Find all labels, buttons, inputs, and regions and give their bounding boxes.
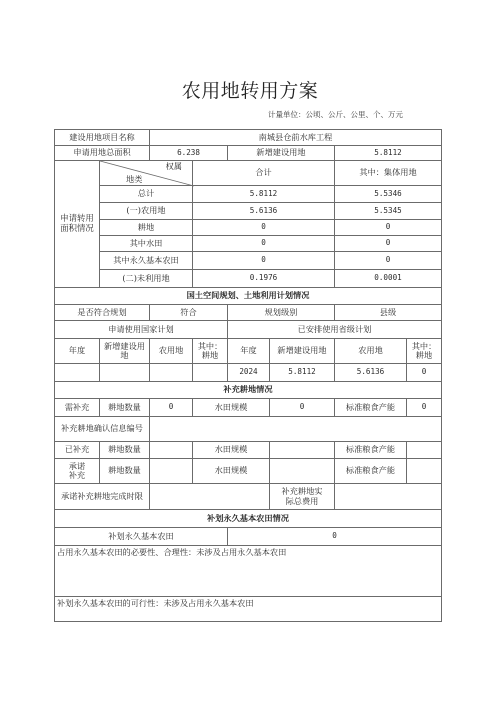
national-arable-header: 其中：耕地	[192, 338, 228, 364]
feasibility-text: 补划永久基本农田的可行性：未涉及占用永久基本农田	[54, 596, 442, 622]
national-year-header: 年度	[54, 338, 100, 364]
required-paddy-scale-value: 0	[269, 398, 335, 417]
actual-cost-label: 补充耕地实际总费用	[269, 483, 335, 510]
diagonal-header-cell: 权属 地类	[99, 160, 193, 186]
row-basic-farmland-value: 0	[192, 251, 335, 270]
conform-plan-value: 符合	[149, 304, 228, 321]
required-label: 需补充	[54, 398, 100, 417]
col-collective-header: 其中：集体用地	[334, 160, 442, 186]
conversion-group-label: 申请转用面积情况	[54, 160, 100, 288]
done-grain-capacity-label: 标准粮食产能	[334, 441, 407, 459]
promised-grain-capacity-label: 标准粮食产能	[334, 458, 407, 484]
planning-section-title: 国土空间规划、土地利用计划情况	[54, 287, 442, 305]
new-construction-value: 5.8112	[334, 145, 442, 161]
total-area-value: 6.238	[149, 145, 228, 161]
promised-arable-qty-value	[149, 458, 193, 484]
done-arable-qty-label: 耕地数量	[99, 441, 150, 459]
supplement-section-title: 补充耕地情况	[54, 381, 442, 399]
promised-arable-qty-label: 耕地数量	[99, 458, 150, 484]
done-arable-qty-value	[149, 441, 193, 459]
required-grain-capacity-label: 标准粮食产能	[334, 398, 407, 417]
row-paddy-collective: 0	[334, 235, 442, 252]
row-arable-collective: 0	[334, 219, 442, 236]
row-unused-collective: 0.0001	[334, 269, 442, 288]
conform-plan-label: 是否符合规划	[54, 304, 150, 321]
row-label-paddy: 其中水田	[99, 235, 193, 252]
provincial-year-value: 2024	[227, 363, 270, 382]
promised-paddy-scale-label: 水田规模	[192, 458, 270, 484]
required-arable-qty-label: 耕地数量	[99, 398, 150, 417]
new-construction-label: 新增建设用地	[227, 145, 335, 161]
confirm-number-value	[149, 416, 442, 442]
plan-level-value: 县级	[334, 304, 442, 321]
required-paddy-scale-label: 水田规模	[192, 398, 270, 417]
land-type-label: 地类	[126, 175, 142, 184]
done-grain-capacity-value	[406, 441, 442, 459]
project-name-value: 南城县仓前水库工程	[149, 129, 442, 146]
row-label-arable: 耕地	[99, 219, 193, 236]
promised-paddy-scale-value	[269, 458, 335, 484]
provincial-new-construction-header: 新增建设用地	[269, 338, 335, 364]
provincial-new-construction-value: 5.8112	[269, 363, 335, 382]
basic-farmland-section-title: 补划永久基本农田情况	[54, 509, 442, 528]
row-unused-value: 0.1976	[192, 269, 335, 288]
done-label: 已补充	[54, 441, 100, 459]
row-total-collective: 5.5346	[334, 185, 442, 203]
ownership-label: 权属	[166, 162, 182, 171]
row-label-basic-farmland: 其中永久基本农田	[99, 251, 193, 270]
row-farmland-collective: 5.5345	[334, 202, 442, 220]
row-basic-farmland-collective: 0	[334, 251, 442, 270]
row-label-unused: (二)未利用地	[99, 269, 193, 288]
national-new-construction-header: 新增建设用地	[99, 338, 150, 364]
done-paddy-scale-label: 水田规模	[192, 441, 270, 459]
national-farmland-value	[149, 363, 193, 382]
row-paddy-value: 0	[192, 235, 335, 252]
deadline-label: 承诺补充耕地完成时限	[54, 483, 150, 510]
document-title: 农用地转用方案	[0, 76, 500, 103]
provincial-farmland-header: 农用地	[334, 338, 407, 364]
deadline-value	[149, 483, 270, 510]
total-area-label: 申请用地总面积	[54, 145, 150, 161]
basic-farmland-supplement-value: 0	[227, 527, 442, 546]
col-total-header: 合计	[192, 160, 335, 186]
national-farmland-header: 农用地	[149, 338, 193, 364]
required-arable-qty-value: 0	[149, 398, 193, 417]
row-total-value: 5.8112	[192, 185, 335, 203]
national-new-construction-value	[99, 363, 150, 382]
confirm-number-label: 补充耕地确认信息编号	[54, 416, 150, 442]
provincial-plan-label: 已安排使用省级计划	[227, 320, 442, 339]
row-farmland-value: 5.6136	[192, 202, 335, 220]
necessity-text: 占用永久基本农田的必要性、合理性：未涉及占用永久基本农田	[54, 545, 442, 597]
required-grain-capacity-value: 0	[406, 398, 442, 417]
plan-level-label: 规划级别	[227, 304, 335, 321]
promised-grain-capacity-value	[406, 458, 442, 484]
national-arable-value	[192, 363, 228, 382]
actual-cost-value	[334, 483, 442, 510]
done-paddy-scale-value	[269, 441, 335, 459]
project-name-label: 建设用地项目名称	[54, 129, 150, 146]
provincial-arable-header: 其中：耕地	[406, 338, 442, 364]
row-label-total: 总计	[99, 185, 193, 203]
measurement-units: 计量单位：公顷、公斤、公里、个、万元	[268, 109, 403, 120]
provincial-year-header: 年度	[227, 338, 270, 364]
national-year-value	[54, 363, 100, 382]
row-label-farmland: (一)农用地	[99, 202, 193, 220]
national-plan-label: 申请使用国家计划	[54, 320, 228, 339]
provincial-farmland-value: 5.6136	[334, 363, 407, 382]
promised-label: 承诺补充	[54, 458, 100, 484]
row-arable-value: 0	[192, 219, 335, 236]
basic-farmland-supplement-label: 补划永久基本农田	[54, 527, 228, 546]
provincial-arable-value: 0	[406, 363, 442, 382]
